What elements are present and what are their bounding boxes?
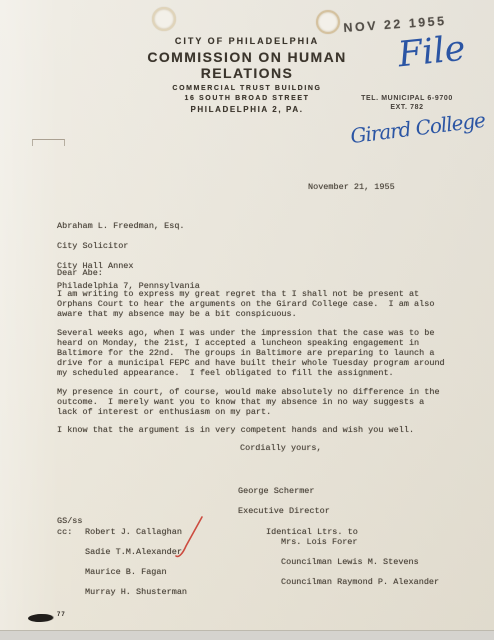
cc-name: Murray H. Shusterman — [85, 587, 187, 597]
handwritten-file-annotation: File — [396, 29, 467, 76]
letterhead: CITY OF PHILADELPHIA COMMISSION ON HUMAN… — [122, 36, 372, 114]
body-paragraph-3: My presence in court, of course, would m… — [57, 387, 477, 417]
salutation: Dear Abe: — [57, 268, 103, 278]
identical-letters-list: Mrs. Lois Forer Councilman Lewis M. Stev… — [281, 537, 439, 587]
punch-hole-left — [152, 7, 176, 31]
recipient-address: Abraham L. Freedman, Esq. City Solicitor… — [57, 221, 200, 291]
red-checkmark — [170, 511, 214, 563]
cc-name: Maurice B. Fagan — [85, 567, 167, 577]
scanned-letter-page: { "scan": { "stamp_date": "NOV 22 1955",… — [0, 0, 494, 640]
letterhead-telephone: TEL. MUNICIPAL 6-9700 EXT. 782 — [340, 94, 474, 112]
microfilm-number: 77 — [57, 612, 66, 618]
recipient-name: Abraham L. Freedman, Esq. — [57, 221, 185, 231]
letterhead-street: 16 SOUTH BROAD STREET — [122, 95, 372, 102]
telephone-number: TEL. MUNICIPAL 6-9700 — [340, 94, 474, 103]
body-paragraph-1: I am writing to express my great regret … — [57, 289, 477, 319]
identical-recipient: Mrs. Lois Forer — [281, 537, 358, 547]
cc-name: Sadie T.M.Alexander — [85, 547, 182, 557]
recipient-title: City Solicitor — [57, 241, 128, 251]
body-paragraph-2: Several weeks ago, when I was under the … — [57, 328, 477, 378]
cc-label: cc: — [57, 527, 72, 537]
signature-block: George Schermer Executive Director — [238, 486, 330, 516]
letter-paper: NOV 22 1955 CITY OF PHILADELPHIA COMMISS… — [0, 0, 494, 631]
pencil-bracket-mark — [32, 139, 65, 146]
identical-recipient: Councilman Lewis M. Stevens — [281, 557, 419, 567]
reference-initials: GS/ss — [57, 516, 83, 526]
microfilm-mark — [28, 614, 53, 623]
cc-name: Robert J. Callaghan — [85, 527, 182, 537]
letterhead-city: CITY OF PHILADELPHIA — [122, 36, 372, 46]
body-paragraph-4: I know that the argument is in very comp… — [57, 425, 477, 435]
identical-recipient: Councilman Raymond P. Alexander — [281, 577, 439, 587]
letterhead-building: COMMERCIAL TRUST BUILDING — [122, 85, 372, 92]
signature-title: Executive Director — [238, 506, 330, 516]
letterhead-city-zone: PHILADELPHIA 2, PA. — [122, 105, 372, 114]
complimentary-closing: Cordially yours, — [240, 443, 322, 453]
punch-hole-right — [316, 10, 340, 34]
signature-name: George Schermer — [238, 486, 315, 496]
identical-letters-label: Identical Ltrs. to — [266, 527, 358, 537]
letter-date: November 21, 1955 — [308, 182, 395, 192]
letterhead-org: COMMISSION ON HUMAN RELATIONS — [122, 49, 372, 81]
